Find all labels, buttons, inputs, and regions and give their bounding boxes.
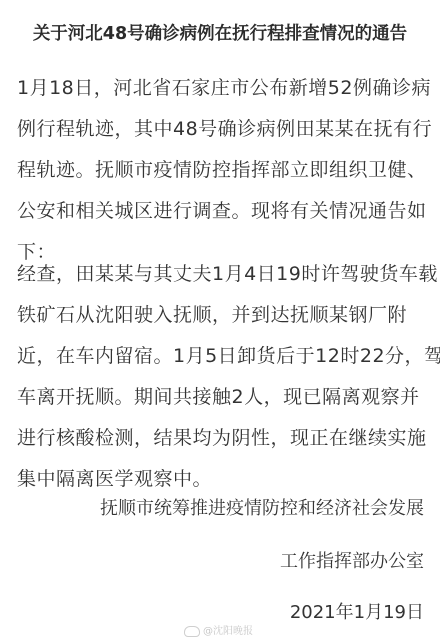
watermark: @沈阳晚报 [184, 622, 253, 637]
text-line: 公安和相关城区进行调查。现将有关情况通告如 [17, 191, 427, 232]
text-line: 近，在车内留宿。1月5日卸货后于12时22分，驾 [17, 336, 427, 377]
signature-date: 2021年1月19日 [290, 598, 424, 624]
signature-org-line1: 抚顺市统筹推进疫情防控和经济社会发展 [100, 494, 424, 520]
paragraph-intro: 1月18日，河北省石家庄市公布新增52例确诊病 例行程轨迹，其中48号确诊病例田… [17, 68, 427, 273]
signature-org-line2: 工作指挥部办公室 [280, 547, 424, 573]
text-line: 经查，田某某与其丈夫1月4日19时许驾驶货车载 [17, 254, 427, 295]
weibo-icon [184, 626, 200, 637]
text-line: 进行核酸检测，结果均为阴性，现正在继续实施 [17, 418, 427, 459]
notice-title: 关于河北48号确诊病例在抚行程排查情况的通告 [0, 20, 440, 45]
watermark-text: @沈阳晚报 [203, 626, 253, 637]
text-line: 例行程轨迹，其中48号确诊病例田某某在抚有行 [17, 109, 427, 150]
text-line: 铁矿石从沈阳驶入抚顺，并到达抚顺某钢厂附 [17, 295, 427, 336]
text-line: 程轨迹。抚顺市疫情防控指挥部立即组织卫健、 [17, 150, 427, 191]
text-line: 1月18日，河北省石家庄市公布新增52例确诊病 [17, 68, 427, 109]
text-line: 车离开抚顺。期间共接触2人，现已隔离观察并 [17, 377, 427, 418]
paragraph-findings: 经查，田某某与其丈夫1月4日19时许驾驶货车载 铁矿石从沈阳驶入抚顺，并到达抚顺… [17, 254, 427, 500]
